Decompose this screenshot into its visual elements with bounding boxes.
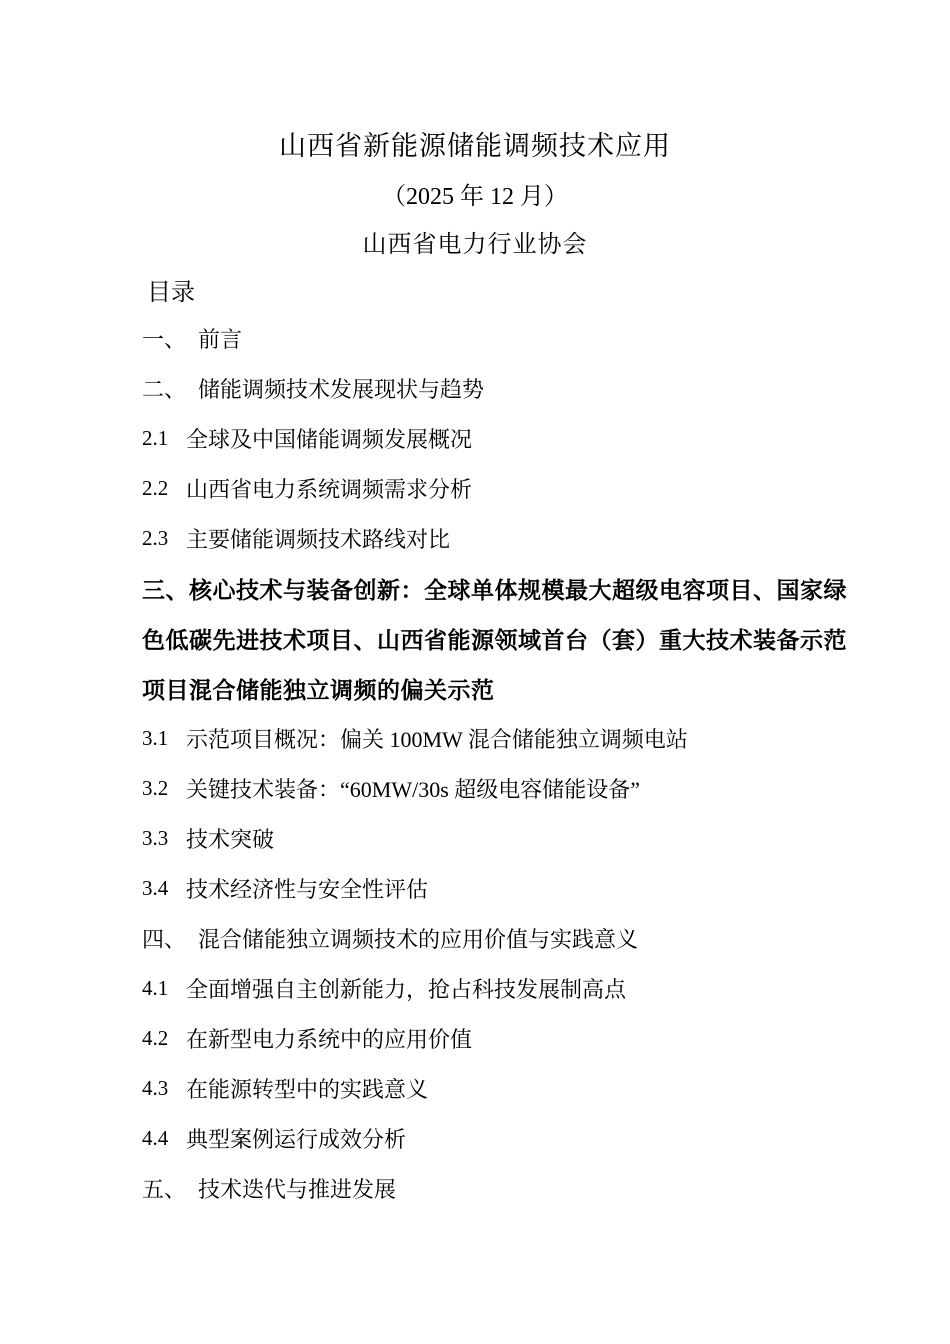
toc-row-section-3-line-1: 三、核心技术与装备创新：全球单体规模最大超级电容项目、国家绿	[142, 563, 862, 613]
toc-item-text: 关键技术装备：“60MW/30s 超级电容储能设备”	[186, 773, 640, 804]
toc-item-text: 典型案例运行成效分析	[186, 1123, 406, 1154]
toc-item-number: 3.4	[142, 876, 186, 901]
toc-item-text: 项目混合储能独立调频的偏关示范	[142, 672, 495, 705]
toc-item-number: 4.1	[142, 976, 186, 1001]
toc-item-text: 技术迭代与推进发展	[198, 1173, 396, 1204]
toc-item-text: 技术经济性与安全性评估	[186, 873, 428, 904]
toc-row-section-2: 二、 储能调频技术发展现状与趋势	[142, 363, 862, 413]
toc-row-2-1: 2.1 全球及中国储能调频发展概况	[142, 413, 862, 463]
toc-item-text: 在新型电力系统中的应用价值	[186, 1023, 472, 1054]
toc-row-2-2: 2.2 山西省电力系统调频需求分析	[142, 463, 862, 513]
document-page: 山西省新能源储能调频技术应用 （2025 年 12 月） 山西省电力行业协会 目…	[0, 0, 950, 1344]
toc-row-4-3: 4.3 在能源转型中的实践意义	[142, 1063, 862, 1113]
toc-heading: 目录	[147, 272, 195, 307]
document-title: 山西省新能源储能调频技术应用	[0, 124, 950, 163]
toc-item-text: 在能源转型中的实践意义	[186, 1073, 428, 1104]
toc-item-text: 前言	[198, 323, 242, 354]
toc-row-section-3-line-3: 项目混合储能独立调频的偏关示范	[142, 663, 862, 713]
toc-row-section-3-line-2: 色低碳先进技术项目、山西省能源领域首台（套）重大技术装备示范	[142, 613, 862, 663]
toc-item-number: 4.2	[142, 1026, 186, 1051]
toc-item-number: 二、	[142, 373, 198, 404]
toc-item-number: 一、	[142, 323, 198, 354]
toc-item-text: 色低碳先进技术项目、山西省能源领域首台（套）重大技术装备示范	[142, 622, 847, 655]
toc-row-section-5: 五、 技术迭代与推进发展	[142, 1163, 862, 1213]
toc-item-number: 3.1	[142, 726, 186, 751]
toc-item-text: 示范项目概况：偏关 100MW 混合储能独立调频电站	[186, 723, 688, 754]
toc-item-text: 三、核心技术与装备创新：全球单体规模最大超级电容项目、国家绿	[142, 572, 847, 605]
toc-item-text: 技术突破	[186, 823, 274, 854]
toc-row-section-4: 四、 混合储能独立调频技术的应用价值与实践意义	[142, 913, 862, 963]
toc-item-text: 混合储能独立调频技术的应用价值与实践意义	[198, 923, 638, 954]
toc-item-number: 4.4	[142, 1126, 186, 1151]
toc-item-number: 2.2	[142, 476, 186, 501]
toc-row-3-1: 3.1 示范项目概况：偏关 100MW 混合储能独立调频电站	[142, 713, 862, 763]
toc-row-2-3: 2.3 主要储能调频技术路线对比	[142, 513, 862, 563]
toc-item-number: 2.1	[142, 426, 186, 451]
document-date: （2025 年 12 月）	[0, 176, 950, 211]
toc-item-number: 3.3	[142, 826, 186, 851]
toc-item-number: 2.3	[142, 526, 186, 551]
toc-row-3-2: 3.2 关键技术装备：“60MW/30s 超级电容储能设备”	[142, 763, 862, 813]
toc-item-text: 主要储能调频技术路线对比	[186, 523, 450, 554]
toc-item-text: 全球及中国储能调频发展概况	[186, 423, 472, 454]
toc-row-3-4: 3.4 技术经济性与安全性评估	[142, 863, 862, 913]
toc-item-number: 4.3	[142, 1076, 186, 1101]
toc-row-4-4: 4.4 典型案例运行成效分析	[142, 1113, 862, 1163]
toc-item-number: 五、	[142, 1173, 198, 1204]
document-organization: 山西省电力行业协会	[0, 224, 950, 259]
toc-item-number: 四、	[142, 923, 198, 954]
toc-row-foreword: 一、 前言	[142, 313, 862, 363]
toc-list: 一、 前言 二、 储能调频技术发展现状与趋势 2.1 全球及中国储能调频发展概况…	[142, 313, 862, 1213]
toc-item-text: 储能调频技术发展现状与趋势	[198, 373, 484, 404]
toc-item-text: 山西省电力系统调频需求分析	[186, 473, 472, 504]
toc-item-number: 3.2	[142, 776, 186, 801]
toc-item-text: 全面增强自主创新能力，抢占科技发展制高点	[186, 973, 626, 1004]
toc-row-4-2: 4.2 在新型电力系统中的应用价值	[142, 1013, 862, 1063]
toc-row-4-1: 4.1 全面增强自主创新能力，抢占科技发展制高点	[142, 963, 862, 1013]
toc-row-3-3: 3.3 技术突破	[142, 813, 862, 863]
